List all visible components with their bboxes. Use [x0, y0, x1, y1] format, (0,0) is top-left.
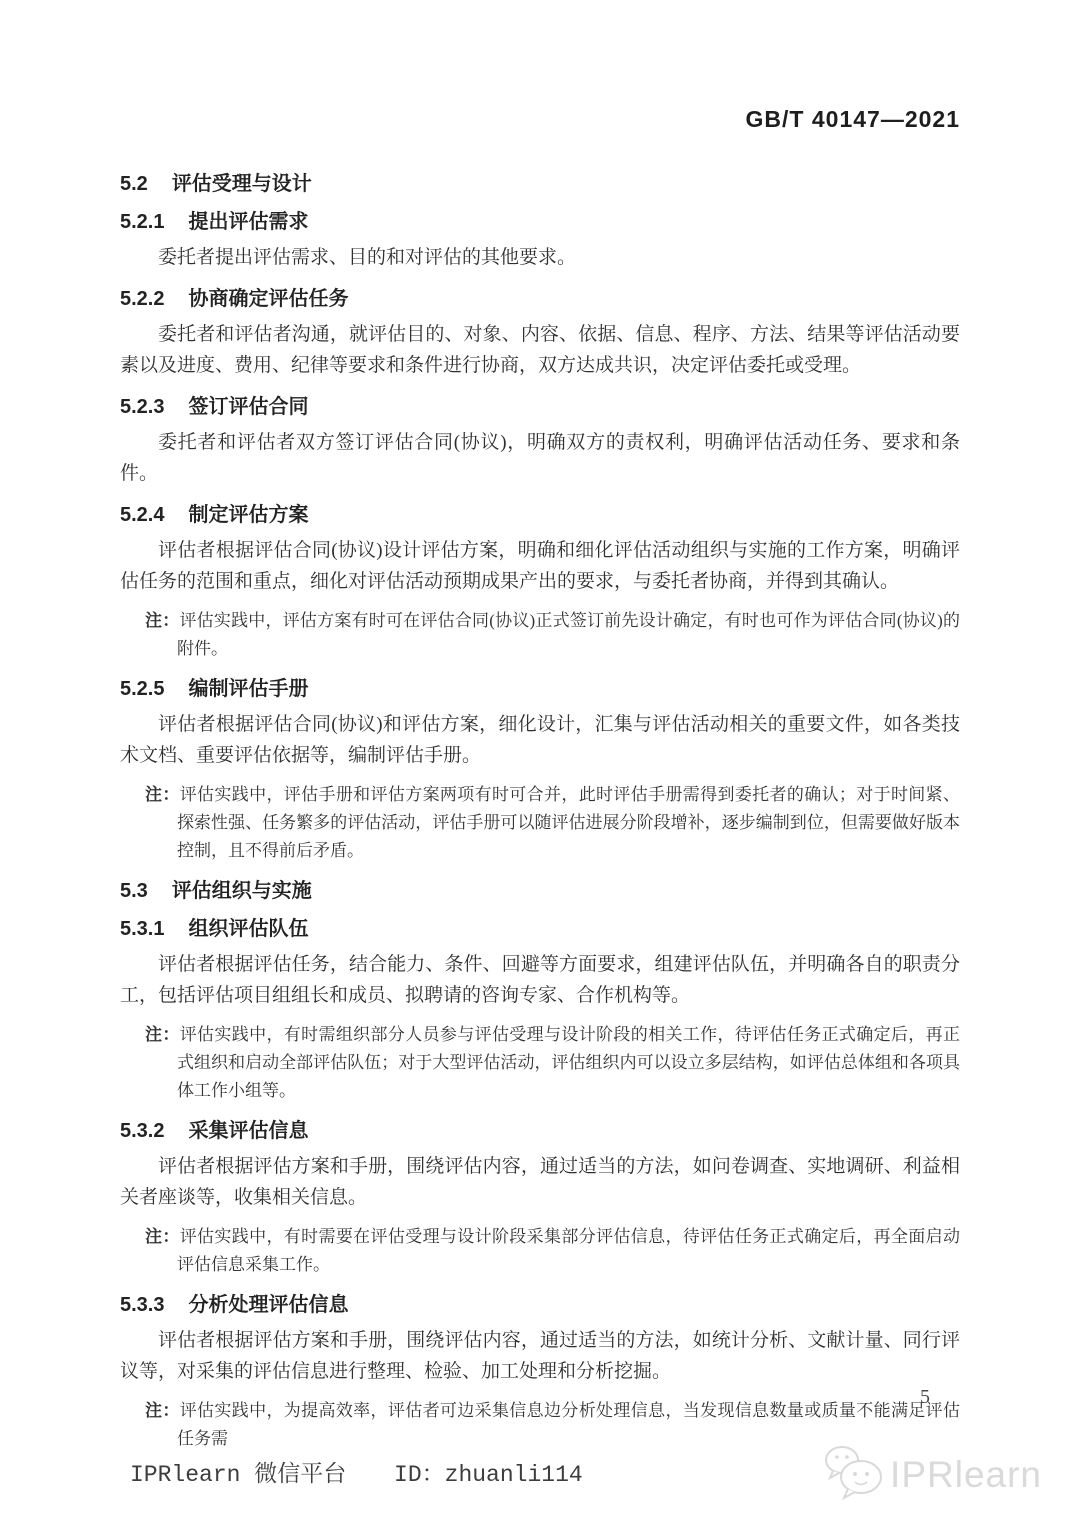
body-paragraph: 评估者根据评估任务，结合能力、条件、回避等方面要求，组建评估队伍，并明确各自的职…	[120, 949, 960, 1011]
note: 注：评估实践中，有时需要在评估受理与设计阶段采集部分评估信息，待评估任务正式确定…	[120, 1223, 960, 1279]
wechat-bubbles-icon	[822, 1443, 884, 1506]
note-text: 评估实践中，评估手册和评估方案两项有时可合并，此时评估手册需得到委托者的确认；对…	[177, 785, 960, 860]
section-heading: 5.2.1提出评估需求	[120, 210, 960, 234]
page-number: 5	[920, 1386, 930, 1409]
section-heading: 5.3.3分析处理评估信息	[120, 1293, 960, 1317]
document-content: 5.2评估受理与设计5.2.1提出评估需求委托者提出评估需求、目的和对评估的其他…	[120, 158, 960, 1459]
section-heading: 5.2评估受理与设计	[120, 172, 960, 196]
note-label: 注：	[145, 611, 179, 630]
section-title: 组织评估队伍	[188, 918, 308, 940]
section-number: 5.3	[120, 879, 148, 903]
body-paragraph: 委托者和评估者沟通，就评估目的、对象、内容、依据、信息、程序、方法、结果等评估活…	[120, 319, 960, 381]
document-page: GB/T 40147—2021 5.2评估受理与设计5.2.1提出评估需求委托者…	[0, 0, 1080, 1527]
footer-id-text: ID：zhuanli114	[394, 1462, 583, 1488]
section-number: 5.2.4	[120, 503, 164, 527]
note-text: 评估实践中，为提高效率，评估者可边采集信息边分析处理信息，当发现信息数量或质量不…	[177, 1401, 960, 1448]
footer-platform-text: IPRlearn 微信平台	[130, 1462, 346, 1488]
note-label: 注：	[145, 785, 180, 804]
standard-code: GB/T 40147—2021	[746, 106, 960, 133]
section-title: 制定评估方案	[188, 504, 308, 526]
section-heading: 5.3评估组织与实施	[120, 879, 960, 903]
section-heading: 5.2.2协商确定评估任务	[120, 287, 960, 311]
note-text: 评估实践中，评估方案有时可在评估合同(协议)正式签订前先设计确定，有时也可作为评…	[177, 611, 960, 658]
note-label: 注：	[145, 1401, 180, 1420]
section-title: 协商确定评估任务	[188, 288, 348, 310]
section-number: 5.3.2	[120, 1119, 164, 1143]
section-number: 5.2.1	[120, 210, 164, 234]
body-paragraph: 评估者根据评估合同(协议)设计评估方案，明确和细化评估活动组织与实施的工作方案，…	[120, 535, 960, 597]
body-paragraph: 评估者根据评估方案和手册，围绕评估内容，通过适当的方法，如问卷调查、实地调研、利…	[120, 1151, 960, 1213]
section-title: 签订评估合同	[188, 396, 308, 418]
note-label: 注：	[145, 1025, 180, 1044]
section-title: 提出评估需求	[188, 211, 308, 233]
page-footer: IPRlearn 微信平台 ID：zhuanli114	[130, 1455, 583, 1488]
note-label: 注：	[145, 1227, 180, 1246]
section-title: 编制评估手册	[188, 678, 308, 700]
section-heading: 5.3.1组织评估队伍	[120, 917, 960, 941]
section-number: 5.2.2	[120, 287, 164, 311]
section-title: 分析处理评估信息	[188, 1294, 348, 1316]
section-heading: 5.3.2采集评估信息	[120, 1119, 960, 1143]
section-number: 5.3.3	[120, 1293, 164, 1317]
note: 注：评估实践中，评估方案有时可在评估合同(协议)正式签订前先设计确定，有时也可作…	[120, 607, 960, 663]
note: 注：评估实践中，有时需组织部分人员参与评估受理与设计阶段的相关工作，待评估任务正…	[120, 1021, 960, 1105]
section-number: 5.2	[120, 172, 148, 196]
note-text: 评估实践中，有时需组织部分人员参与评估受理与设计阶段的相关工作，待评估任务正式确…	[177, 1025, 960, 1100]
section-title: 评估组织与实施	[172, 880, 312, 902]
note: 注：评估实践中，评估手册和评估方案两项有时可合并，此时评估手册需得到委托者的确认…	[120, 781, 960, 865]
section-heading: 5.2.5编制评估手册	[120, 677, 960, 701]
body-paragraph: 评估者根据评估方案和手册，围绕评估内容，通过适当的方法，如统计分析、文献计量、同…	[120, 1325, 960, 1387]
iprlearn-watermark: IPRlearn	[822, 1443, 1042, 1506]
section-title: 评估受理与设计	[172, 173, 312, 195]
note-text: 评估实践中，有时需要在评估受理与设计阶段采集部分评估信息，待评估任务正式确定后，…	[177, 1227, 960, 1274]
section-number: 5.2.5	[120, 677, 164, 701]
section-number: 5.3.1	[120, 917, 164, 941]
body-paragraph: 委托者和评估者双方签订评估合同(协议)，明确双方的责权利，明确评估活动任务、要求…	[120, 427, 960, 489]
body-paragraph: 评估者根据评估合同(协议)和评估方案，细化设计，汇集与评估活动相关的重要文件，如…	[120, 709, 960, 771]
section-title: 采集评估信息	[188, 1120, 308, 1142]
section-heading: 5.2.3签订评估合同	[120, 395, 960, 419]
watermark-brand-text: IPRlearn	[890, 1454, 1042, 1496]
body-paragraph: 委托者提出评估需求、目的和对评估的其他要求。	[120, 242, 960, 273]
section-heading: 5.2.4制定评估方案	[120, 503, 960, 527]
section-number: 5.2.3	[120, 395, 164, 419]
